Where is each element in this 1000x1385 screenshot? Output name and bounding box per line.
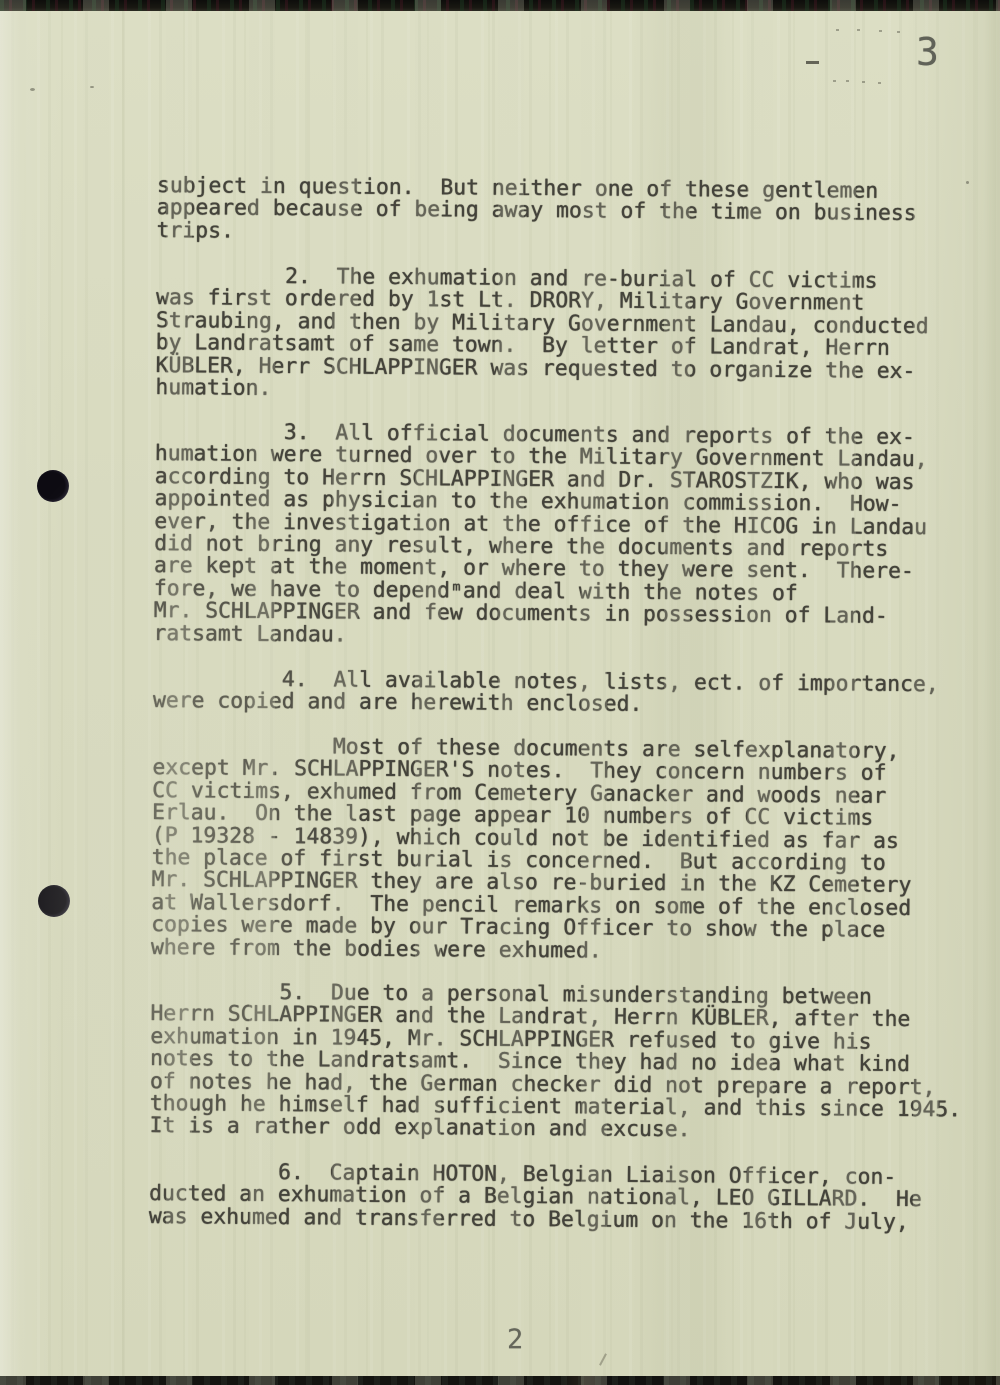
scan-speck [862,81,865,83]
page-number-bottom-center: 2 [507,1326,523,1353]
scan-speck [30,88,35,91]
scanned-document-page: 3 subject in question. But neither one o… [0,0,1000,1385]
paragraph-notes: Most of these documents are selfexplanat… [151,735,913,965]
paragraph-intro: subject in question. But neither one of … [157,175,917,248]
scan-dash-mark [806,61,819,64]
paragraph-2: 2. The exhumation and re-burial of CC vi… [155,265,929,406]
scan-speck [879,30,882,32]
scan-speck [833,80,836,82]
scan-speck [878,82,881,84]
scan-speck [90,86,94,88]
paragraph-6: 6. Captain HOTON, Belgian Liaison Office… [149,1161,922,1234]
paragraph-4: 4. All available notes, lists, ect. of i… [153,668,939,719]
scan-speck [966,181,969,184]
scan-speck [846,80,849,82]
scan-speck [836,29,839,31]
scan-speck [897,31,900,33]
paragraph-5: 5. Due to a personal misunderstanding be… [149,981,962,1144]
scan-speck [857,29,860,31]
paragraph-3: 3. All official documents and reports of… [153,421,927,651]
typewritten-text-block: subject in question. But neither one of … [0,0,1000,1385]
